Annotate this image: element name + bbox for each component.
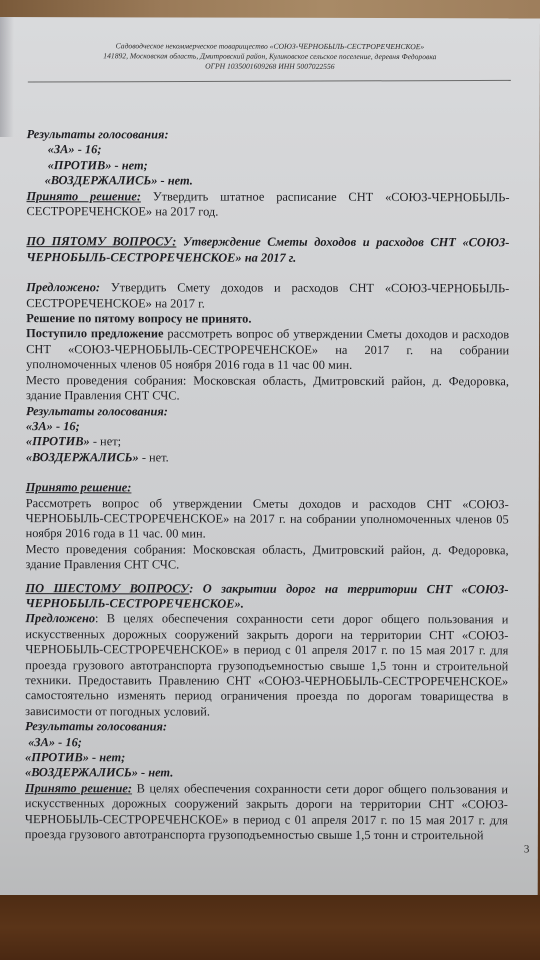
vote-for: «ЗА» - 16; bbox=[25, 735, 508, 752]
document-body: Результаты голосования: «ЗА» - 16; «ПРОТ… bbox=[25, 127, 510, 844]
letterhead: Садоводческое некоммерческое товариществ… bbox=[60, 41, 480, 72]
document-page: Садоводческое некоммерческое товариществ… bbox=[0, 17, 540, 898]
vote-abstain: «ВОЗДЕРЖАЛИСЬ» - нет. bbox=[25, 766, 508, 783]
question-5-not-adopted: Решение по пятому вопросу не принято. bbox=[26, 311, 509, 328]
question-5-proposal: Предложено: Утвердить Смету доходов и ра… bbox=[26, 280, 509, 312]
vote-against: «ПРОТИВ» - нет; bbox=[26, 434, 509, 451]
vote-for: «ЗА» - 16; bbox=[26, 419, 509, 436]
results-label: Результаты голосования: bbox=[27, 127, 510, 144]
question-5-new-proposal: Поступило предложение рассмотреть вопрос… bbox=[26, 327, 509, 374]
question-6-proposal: Предложено: В целях обеспечения сохранно… bbox=[25, 611, 508, 720]
vote-against: «ПРОТИВ» - нет; bbox=[25, 750, 508, 767]
vote-for: «ЗА» - 16; bbox=[27, 142, 510, 159]
results-label: Результаты голосования: bbox=[25, 719, 508, 736]
question-5-venue: Место проведения собрания: Московская об… bbox=[26, 373, 509, 405]
decision: Принято решение: Утвердить штатное распи… bbox=[26, 189, 509, 221]
question-6-decision: Принято решение: В целях обеспечения сох… bbox=[25, 781, 508, 844]
vote-abstain: «ВОЗДЕРЖАЛИСЬ» - нет. bbox=[26, 450, 509, 467]
question-5-heading: ПО ПЯТОМУ ВОПРОСУ: Утверждение Сметы дох… bbox=[26, 235, 509, 267]
vote-abstain: «ВОЗДЕРЖАЛИСЬ» - нет. bbox=[27, 173, 510, 190]
results-label: Результаты голосования: bbox=[26, 404, 509, 421]
question-5-decision: Рассмотреть вопрос об утверждении Сметы … bbox=[26, 496, 509, 543]
page-shadow bbox=[0, 17, 14, 137]
header-divider bbox=[28, 80, 511, 83]
vote-against: «ПРОТИВ» - нет; bbox=[27, 158, 510, 175]
letterhead-registration: ОГРН 1035001609268 ИНН 5007022556 bbox=[60, 61, 480, 72]
question-5-decision-venue: Место проведения собрания: Московская об… bbox=[26, 542, 509, 574]
decision-label: Принято решение: bbox=[26, 480, 509, 497]
page-number: 3 bbox=[524, 843, 530, 855]
desk-surface-bottom bbox=[0, 895, 540, 960]
letterhead-address: 141892, Московская область, Дмитровский … bbox=[60, 51, 480, 62]
question-6-heading: ПО ШЕСТОМУ ВОПРОСУ: О закрытии дорог на … bbox=[25, 581, 508, 613]
